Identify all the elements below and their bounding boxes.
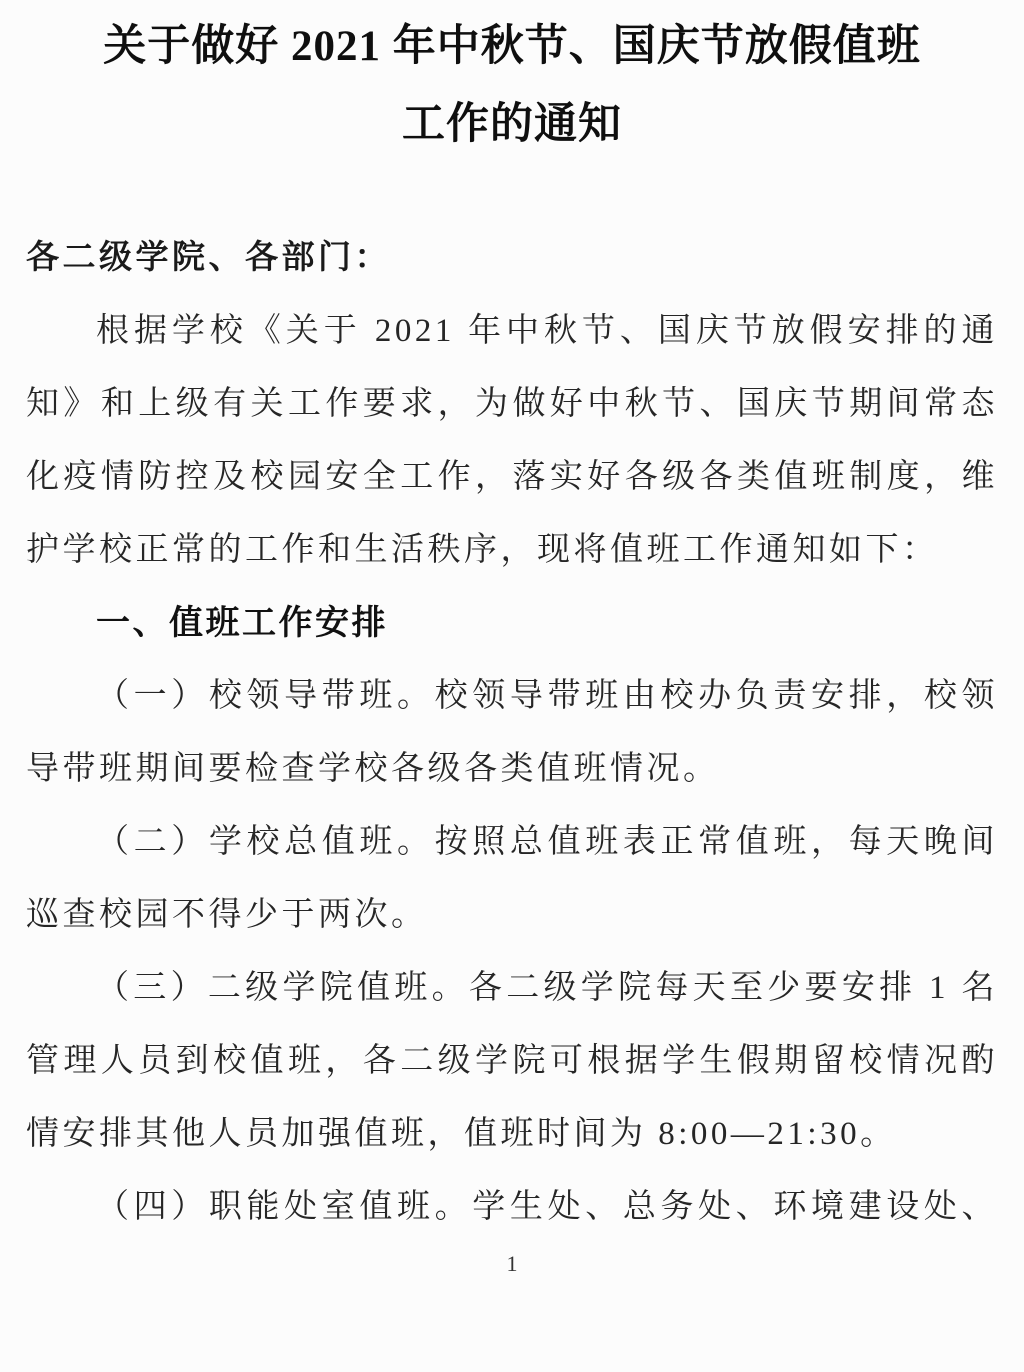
intro-paragraph: 根据学校《关于 2021 年中秋节、国庆节放假安排的通 知》和上级有关工作要求，…	[26, 295, 998, 587]
intro-line-1: 根据学校《关于 2021 年中秋节、国庆节放假安排的通	[26, 295, 998, 368]
item-4-paragraph: （四）职能处室值班。学生处、总务处、环境建设处、	[26, 1171, 998, 1244]
intro-line-2: 知》和上级有关工作要求，为做好中秋节、国庆节期间常态	[26, 368, 998, 441]
item-4-line-1: （四）职能处室值班。学生处、总务处、环境建设处、	[26, 1171, 998, 1244]
item-1-paragraph: （一）校领导带班。校领导带班由校办负责安排，校领 导带班期间要检查学校各级各类值…	[26, 660, 998, 806]
item-2-line-1: （二）学校总值班。按照总值班表正常值班，每天晚间	[26, 806, 998, 879]
title-line-1: 关于做好 2021 年中秋节、国庆节放假值班	[26, 8, 998, 86]
item-3-line-1: （三）二级学院值班。各二级学院每天至少要安排 1 名	[26, 952, 998, 1025]
item-2-paragraph: （二）学校总值班。按照总值班表正常值班，每天晚间 巡查校园不得少于两次。	[26, 806, 998, 952]
document-page: 关于做好 2021 年中秋节、国庆节放假值班 工作的通知 各二级学院、各部门： …	[0, 0, 1024, 1372]
item-3-line-2: 管理人员到校值班，各二级学院可根据学生假期留校情况酌	[26, 1025, 998, 1098]
item-2-line-2: 巡查校园不得少于两次。	[26, 879, 998, 952]
item-1-line-1: （一）校领导带班。校领导带班由校办负责安排，校领	[26, 660, 998, 733]
document-title: 关于做好 2021 年中秋节、国庆节放假值班 工作的通知	[26, 8, 998, 164]
intro-line-3: 化疫情防控及校园安全工作，落实好各级各类值班制度，维	[26, 441, 998, 514]
page-number: 1	[26, 1244, 998, 1284]
title-line-2: 工作的通知	[26, 86, 998, 164]
item-3-line-3: 情安排其他人员加强值班，值班时间为 8:00—21:30。	[26, 1098, 998, 1171]
document-body: 各二级学院、各部门： 根据学校《关于 2021 年中秋节、国庆节放假安排的通 知…	[26, 222, 998, 1244]
item-3-paragraph: （三）二级学院值班。各二级学院每天至少要安排 1 名 管理人员到校值班，各二级学…	[26, 952, 998, 1171]
intro-line-4: 护学校正常的工作和生活秩序，现将值班工作通知如下：	[26, 514, 998, 587]
salutation: 各二级学院、各部门：	[26, 222, 998, 295]
section-1-heading: 一、值班工作安排	[26, 587, 998, 660]
item-1-line-2: 导带班期间要检查学校各级各类值班情况。	[26, 733, 998, 806]
